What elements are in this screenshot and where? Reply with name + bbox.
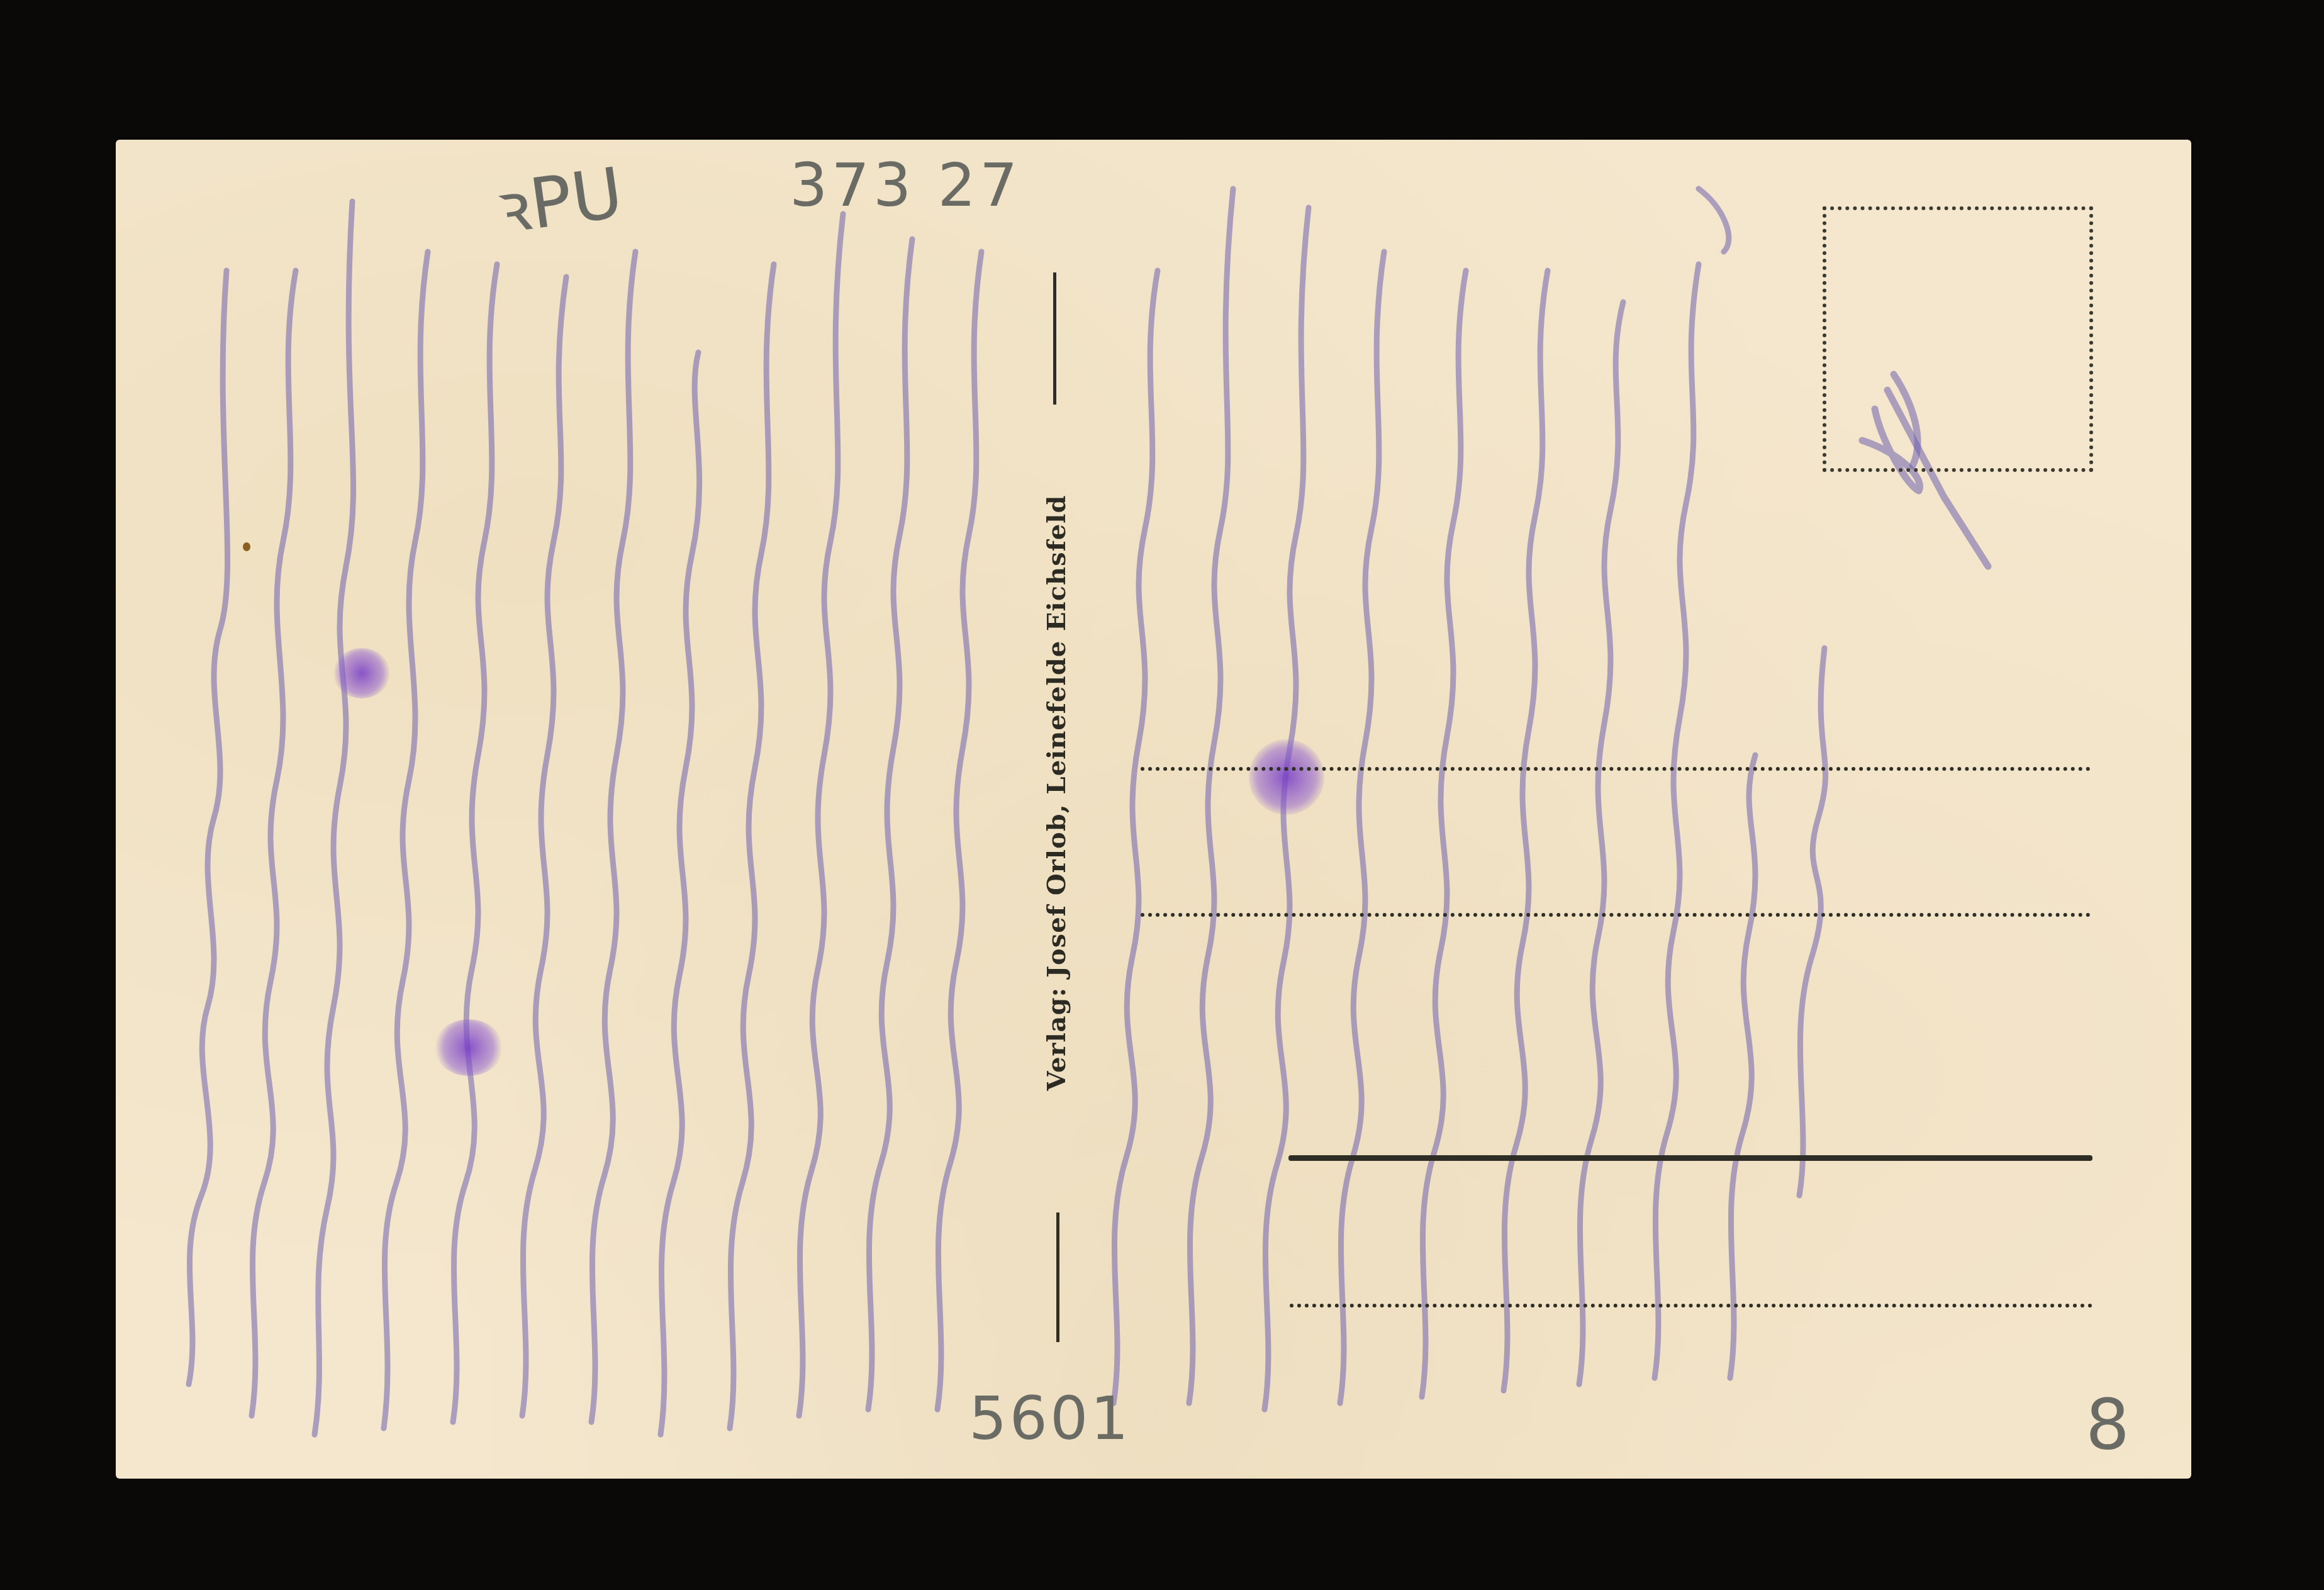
address-line-1 bbox=[1141, 767, 2091, 771]
ink-blot bbox=[1249, 739, 1324, 815]
pencil-number-bottom: 5601 bbox=[969, 1384, 1131, 1453]
address-line-2 bbox=[1141, 913, 2091, 917]
pencil-number-top: 373 27 bbox=[790, 151, 1021, 220]
address-line-4 bbox=[1290, 1304, 2092, 1307]
address-line-3 bbox=[1288, 1155, 2092, 1161]
pencil-mark-top-left: ꝛPU bbox=[491, 143, 628, 254]
publisher-dash-top bbox=[1053, 272, 1056, 405]
pencil-number-corner: 8 bbox=[2086, 1384, 2130, 1465]
ink-blot bbox=[333, 648, 390, 698]
paper-stain bbox=[243, 542, 250, 551]
stamp-box bbox=[1823, 206, 2093, 472]
publisher-dash-bottom bbox=[1056, 1212, 1059, 1342]
publisher-imprint: Verlag: Josef Orlob, Leinefelde Eichsfel… bbox=[1041, 409, 1073, 1177]
ink-blot bbox=[434, 1019, 503, 1076]
